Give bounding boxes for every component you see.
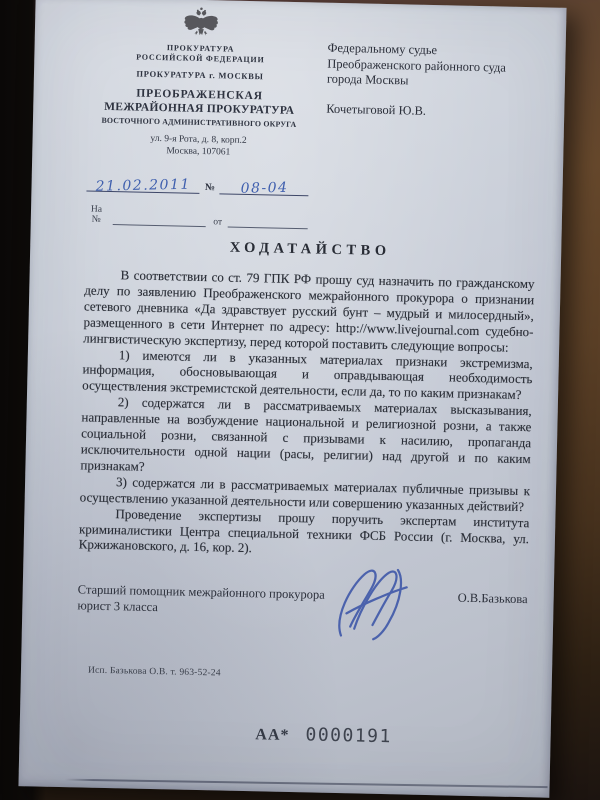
paper-edge-line [65,778,548,787]
letterhead-org-line3: ПРОКУРАТУРА г. МОСКВЫ [89,67,311,82]
na-number-label: На № [86,204,107,224]
form-serial-stamp: АА* 0000191 [98,720,548,751]
date-line: 21.02.2011 [86,174,200,193]
handwritten-number: 08-04 [240,180,288,197]
prosecutor-letterhead: ПРОКУРАТУРА РОССИЙСКОЙ ФЕДЕРАЦИИ ПРОКУРА… [86,3,313,230]
document-body: В соответствии со ст. 79 ГПК РФ прошу су… [79,266,535,562]
body-paragraph-question-2: 2) содержатся ли в рассматриваемых матер… [80,394,532,483]
serial-series-prefix: АА* [255,727,289,745]
ot-label: от [213,217,222,227]
signature-block: Старший помощник межрайонного прокурора … [77,583,528,624]
petition-document-page: ПРОКУРАТУРА РОССИЙСКОЙ ФЕДЕРАЦИИ ПРОКУРА… [18,0,566,798]
page-content: ПРОКУРАТУРА РОССИЙСКОЙ ФЕДЕРАЦИИ ПРОКУРА… [19,0,566,751]
number-sign: № [205,182,215,194]
incoming-reference-row: На № от [86,204,308,229]
document-title: ХОДАТАЙСТВО [85,236,535,263]
na-number-blank-line [113,224,206,227]
signer-name: О.В.Базькова [457,591,528,624]
executor-contact-line: Исп. Базькова О.В. т. 963-52-24 [76,666,526,686]
addressee-block: Федеральному судье Преображенского район… [324,8,507,234]
serial-number: 0000191 [305,725,392,748]
handwritten-signature-icon [329,562,427,644]
document-header: ПРОКУРАТУРА РОССИЙСКОЙ ФЕДЕРАЦИИ ПРОКУРА… [86,3,541,235]
outgoing-reference-row: 21.02.2011 № 08-04 [86,165,309,196]
addressee-judge-name: Кочетыговой Ю.В. [326,101,505,120]
document-photo: ПРОКУРАТУРА РОССИЙСКОЙ ФЕДЕРАЦИИ ПРОКУРА… [0,0,600,800]
handwritten-date: 21.02.2011 [96,177,191,195]
ot-blank-line [228,227,308,230]
body-paragraph-intro: В соответствии со ст. 79 ГПК РФ прошу су… [83,266,535,355]
coat-of-arms-icon [90,3,313,46]
number-line: 08-04 [220,177,309,196]
body-paragraph-experts: Проведение экспертизы прошу поручить экс… [79,505,530,563]
signer-position: Старший помощник межрайонного прокурора … [77,583,325,619]
